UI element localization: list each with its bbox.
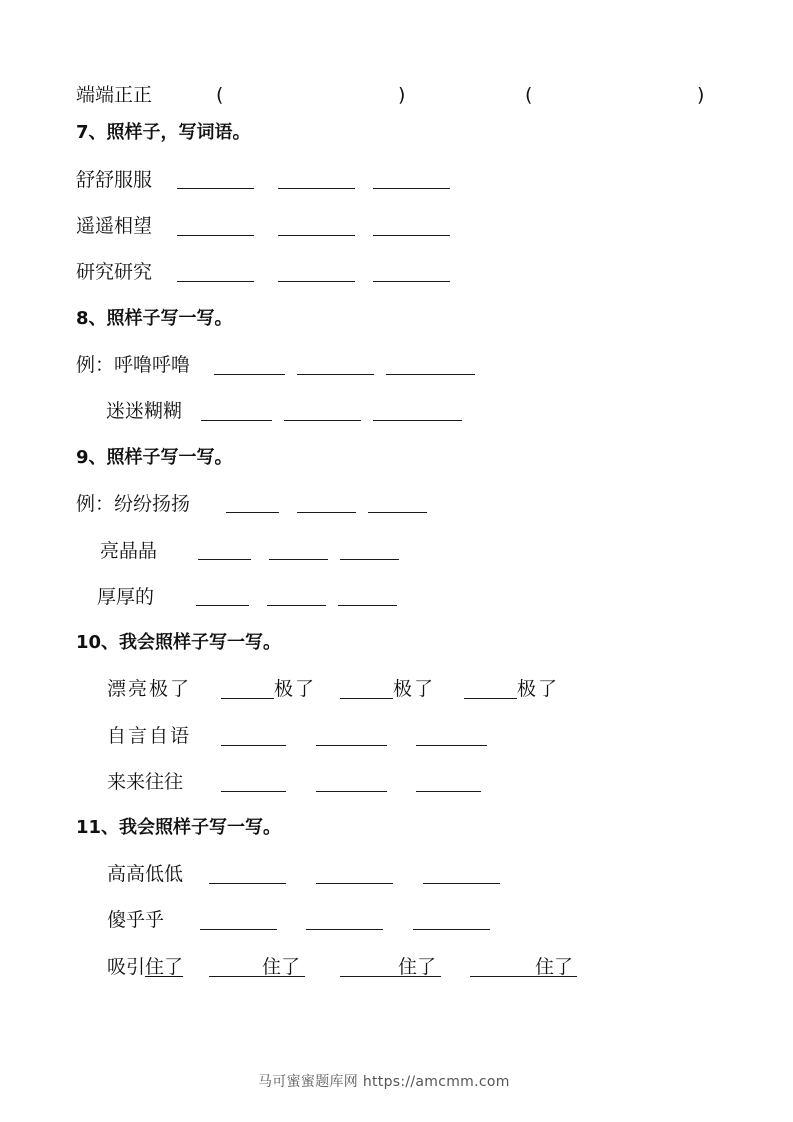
- answer-field-paren-2[interactable]: [541, 82, 691, 106]
- blank-s7-r2-1[interactable]: [177, 235, 254, 236]
- section-10-heading: 10、我会照样子写一写。: [76, 631, 281, 655]
- blank-s9-r2-2[interactable]: [269, 559, 328, 560]
- blank-s8-r1-2[interactable]: [297, 374, 374, 375]
- word-prefix-xiyin: 吸引: [107, 956, 145, 978]
- blank-s8-r1-3[interactable]: [386, 374, 475, 375]
- section-11-word-1: 高高低低: [107, 862, 183, 886]
- blank-s11-r2-3[interactable]: [413, 929, 490, 930]
- example-prefix: 例：: [76, 354, 114, 376]
- blank-s9-r1-3[interactable]: [368, 512, 427, 513]
- blank-s8-r2-1[interactable]: [201, 420, 272, 421]
- suffix-jile-2: 极了: [393, 677, 435, 701]
- suffix-zhule-3: 住了: [535, 955, 573, 979]
- blank-s8-r2-2[interactable]: [284, 420, 361, 421]
- section-8-word-1: 呼噜呼噜: [114, 354, 190, 376]
- word-duanduanzhengzheng: 端端正正: [76, 83, 152, 107]
- word-suffix-zhule: 住了: [145, 956, 183, 978]
- section-7-word-2: 遥遥相望: [76, 214, 152, 238]
- section-9-word-1: 纷纷扬扬: [114, 493, 190, 515]
- blank-s7-r1-1[interactable]: [177, 188, 254, 189]
- example-prefix: 例：: [76, 493, 114, 515]
- suffix-zhule-2: 住了: [398, 955, 436, 979]
- blank-s10-r1-1[interactable]: [221, 698, 274, 699]
- blank-s7-r3-3[interactable]: [373, 281, 450, 282]
- blank-s10-r3-1[interactable]: [221, 791, 286, 792]
- section-8-word-2: 迷迷糊糊: [106, 399, 182, 423]
- blank-s9-r1-1[interactable]: [226, 512, 279, 513]
- blank-s10-r3-2[interactable]: [316, 791, 387, 792]
- blank-s9-r3-2[interactable]: [267, 605, 326, 606]
- paren-close-1: ): [398, 83, 405, 107]
- blank-s9-r3-3[interactable]: [338, 605, 397, 606]
- blank-s11-r1-1[interactable]: [209, 883, 286, 884]
- blank-s7-r3-1[interactable]: [177, 281, 254, 282]
- blank-s10-r2-2[interactable]: [316, 745, 387, 746]
- blank-s7-r3-2[interactable]: [278, 281, 355, 282]
- blank-s11-r1-3[interactable]: [423, 883, 500, 884]
- section-8-example-row: 例：呼噜呼噜: [76, 353, 190, 377]
- blank-s9-r2-1[interactable]: [198, 559, 251, 560]
- paren-open-1: (: [216, 83, 223, 107]
- blank-s11-r2-2[interactable]: [306, 929, 383, 930]
- suffix-zhule-1: 住了: [262, 955, 300, 979]
- blank-s7-r1-3[interactable]: [373, 188, 450, 189]
- section-7-word-1: 舒舒服服: [76, 168, 152, 192]
- section-7-heading: 7、照样子，写词语。: [76, 121, 251, 145]
- section-10-word-3: 来来往往: [107, 770, 183, 794]
- blank-s10-r3-3[interactable]: [416, 791, 481, 792]
- blank-s10-r1-3[interactable]: [464, 698, 517, 699]
- section-9-heading: 9、照样子写一写。: [76, 446, 233, 470]
- section-11-heading: 11、我会照样子写一写。: [76, 816, 281, 840]
- section-10-word-1: 漂亮极了: [107, 677, 191, 701]
- section-9-word-2: 亮晶晶: [100, 539, 157, 563]
- footer-watermark: 马可蜜蜜题库网 https://amcmm.com: [258, 1071, 510, 1091]
- answer-field-paren-1[interactable]: [232, 82, 392, 106]
- blank-s10-r2-3[interactable]: [416, 745, 487, 746]
- blank-s10-r2-1[interactable]: [221, 745, 286, 746]
- paren-open-2: (: [525, 83, 532, 107]
- blank-s7-r2-2[interactable]: [278, 235, 355, 236]
- blank-s11-r2-1[interactable]: [200, 929, 277, 930]
- paren-close-2: ): [697, 83, 704, 107]
- blank-s9-r3-1[interactable]: [196, 605, 249, 606]
- section-8-heading: 8、照样子写一写。: [76, 307, 233, 331]
- blank-s8-r1-1[interactable]: [214, 374, 285, 375]
- section-11-word-2: 傻乎乎: [107, 908, 164, 932]
- section-10-word-2: 自言自语: [107, 724, 191, 748]
- blank-s7-r1-2[interactable]: [278, 188, 355, 189]
- blank-s10-r1-2[interactable]: [340, 698, 393, 699]
- section-9-word-3: 厚厚的: [97, 585, 154, 609]
- section-11-word-3: 吸引住了: [107, 955, 183, 979]
- suffix-jile-1: 极了: [274, 677, 316, 701]
- section-7-word-3: 研究研究: [76, 260, 152, 284]
- suffix-jile-3: 极了: [517, 677, 559, 701]
- blank-s9-r2-3[interactable]: [340, 559, 399, 560]
- section-9-example-row: 例：纷纷扬扬: [76, 492, 190, 516]
- blank-s7-r2-3[interactable]: [373, 235, 450, 236]
- blank-s9-r1-2[interactable]: [297, 512, 356, 513]
- blank-s11-r1-2[interactable]: [316, 883, 393, 884]
- blank-s8-r2-3[interactable]: [373, 420, 462, 421]
